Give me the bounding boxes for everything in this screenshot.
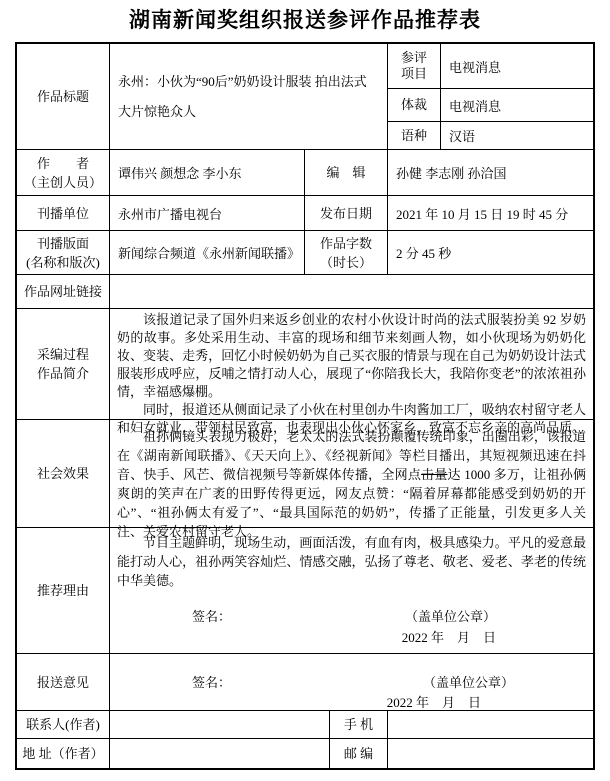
publish-date-label: 发布日期 xyxy=(305,196,388,230)
mobile-label: 手 机 xyxy=(330,711,388,738)
language-value: 汉语 xyxy=(441,122,593,149)
recommendation-form-table: 作品标题 永州：小伙为“90后”奶奶设计服装 拍出法式大片惊艳众人 参评 项目 … xyxy=(15,42,595,770)
row-contact: 联系人(作者) 手 机 xyxy=(17,711,593,739)
publish-unit-label: 刊播单位 xyxy=(17,196,110,230)
recommendation-label: 推荐理由 xyxy=(17,528,110,653)
address-input[interactable] xyxy=(110,739,330,768)
edition-label: 刊播版面 (名称和版次) xyxy=(17,231,110,274)
row-author: 作 者 （主创人员） 谭伟兴 颜想念 李小东 编 辑 孙健 李志刚 孙洽国 xyxy=(17,150,593,196)
editor-value: 孙健 李志刚 孙洽国 xyxy=(388,150,593,195)
row-social-effect: 社会效果 祖孙俩镜头表现力极好，老太太的法式装扮颠覆传统印象，出圈出彩，该报道在… xyxy=(17,420,593,528)
entry-item-value: 电视消息 xyxy=(441,44,593,88)
recommendation-paragraph: 节目主题鲜明，现场生动，画面活泼，有血有肉，极具感染力。平凡的爱意最能打动人心，… xyxy=(117,533,586,590)
row-work-url: 作品网址链接 xyxy=(17,275,593,309)
social-effect-struck-text: 击量 xyxy=(421,467,447,482)
work-title-value: 永州：小伙为“90后”奶奶设计服装 拍出法式大片惊艳众人 xyxy=(110,44,388,149)
submission-seal-note: （盖单位公章） xyxy=(423,674,514,692)
row-work-title: 作品标题 永州：小伙为“90后”奶奶设计服装 拍出法式大片惊艳众人 参评 项目 … xyxy=(17,44,593,150)
process-intro-label: 采编过程 作品简介 xyxy=(17,309,110,419)
language-label: 语种 xyxy=(388,122,441,149)
contact-label: 联系人(作者) xyxy=(17,711,110,738)
row-process-intro: 采编过程 作品简介 该报道记录了国外归来返乡创业的农村小伙设计时尚的法式服装扮美… xyxy=(17,309,593,420)
submission-opinion-content: 签名： （盖单位公章） 2022 年 月 日 xyxy=(110,654,593,710)
recommendation-signature-line: 签名： （盖单位公章） xyxy=(117,607,586,626)
row-address: 地 址（作者） 邮 编 xyxy=(17,739,593,768)
row-recommendation: 推荐理由 节目主题鲜明，现场生动，画面活泼，有血有肉，极具感染力。平凡的爱意最能… xyxy=(17,528,593,654)
publish-unit-value: 永州市广播电视台 xyxy=(110,196,305,230)
recommendation-content: 节目主题鲜明，现场生动，画面活泼，有血有肉，极具感染力。平凡的爱意最能打动人心，… xyxy=(110,528,593,653)
duration-label: 作品字数 （时长） xyxy=(305,231,388,274)
publish-date-value: 2021 年 10 月 15 日 19 时 45 分 xyxy=(388,196,593,230)
row-entry-item: 参评 项目 电视消息 xyxy=(388,44,593,89)
work-url-input[interactable] xyxy=(110,275,593,308)
social-effect-paragraph: 祖孙俩镜头表现力极好，老太太的法式装扮颠覆传统印象，出圈出彩，该报道在《湖南新闻… xyxy=(117,427,586,541)
row-submission-opinion: 报送意见 签名： （盖单位公章） 2022 年 月 日 xyxy=(17,654,593,711)
recommendation-seal-note: （盖单位公章） xyxy=(405,607,496,626)
social-effect-label: 社会效果 xyxy=(17,420,110,527)
edition-value: 新闻综合频道《永州新闻联播》 xyxy=(110,231,305,274)
row-genre: 体裁 电视消息 xyxy=(388,89,593,122)
process-intro-content: 该报道记录了国外归来返乡创业的农村小伙设计时尚的法式服装扮美 92 岁奶奶的故事… xyxy=(110,309,593,419)
author-value: 谭伟兴 颜想念 李小东 xyxy=(110,150,305,195)
row-publish-unit: 刊播单位 永州市广播电视台 发布日期 2021 年 10 月 15 日 19 时… xyxy=(17,196,593,231)
entry-item-label: 参评 项目 xyxy=(388,44,441,88)
submission-signature-line: 签名： （盖单位公章） xyxy=(117,674,586,692)
mobile-input[interactable] xyxy=(388,711,593,738)
submission-signature-label: 签名： xyxy=(192,674,231,692)
editor-label: 编 辑 xyxy=(305,150,388,195)
genre-value: 电视消息 xyxy=(441,89,593,121)
entry-meta-stack: 参评 项目 电视消息 体裁 电视消息 语种 汉语 xyxy=(388,44,593,149)
page-title: 湖南新闻奖组织报送参评作品推荐表 xyxy=(0,4,610,34)
process-intro-paragraph-1: 该报道记录了国外归来返乡创业的农村小伙设计时尚的法式服装扮美 92 岁奶奶的故事… xyxy=(117,311,586,401)
postcode-input[interactable] xyxy=(388,739,593,768)
postcode-label: 邮 编 xyxy=(330,739,388,768)
social-effect-content: 祖孙俩镜头表现力极好，老太太的法式装扮颠覆传统印象，出圈出彩，该报道在《湖南新闻… xyxy=(110,420,593,527)
recommendation-date-line: 2022 年 月 日 xyxy=(117,628,586,647)
duration-value: 2 分 45 秒 xyxy=(388,231,593,274)
document-page: 湖南新闻奖组织报送参评作品推荐表 作品标题 永州：小伙为“90后”奶奶设计服装 … xyxy=(0,0,610,781)
work-title-label: 作品标题 xyxy=(17,44,110,149)
work-url-label: 作品网址链接 xyxy=(17,275,110,308)
submission-opinion-label: 报送意见 xyxy=(17,654,110,710)
recommendation-signature-label: 签名： xyxy=(192,607,231,626)
submission-date-line: 2022 年 月 日 xyxy=(117,694,586,712)
author-label: 作 者 （主创人员） xyxy=(17,150,110,195)
address-label: 地 址（作者） xyxy=(17,739,110,768)
row-language: 语种 汉语 xyxy=(388,122,593,149)
row-edition: 刊播版面 (名称和版次) 新闻综合频道《永州新闻联播》 作品字数 （时长） 2 … xyxy=(17,231,593,275)
contact-input[interactable] xyxy=(110,711,330,738)
genre-label: 体裁 xyxy=(388,89,441,121)
